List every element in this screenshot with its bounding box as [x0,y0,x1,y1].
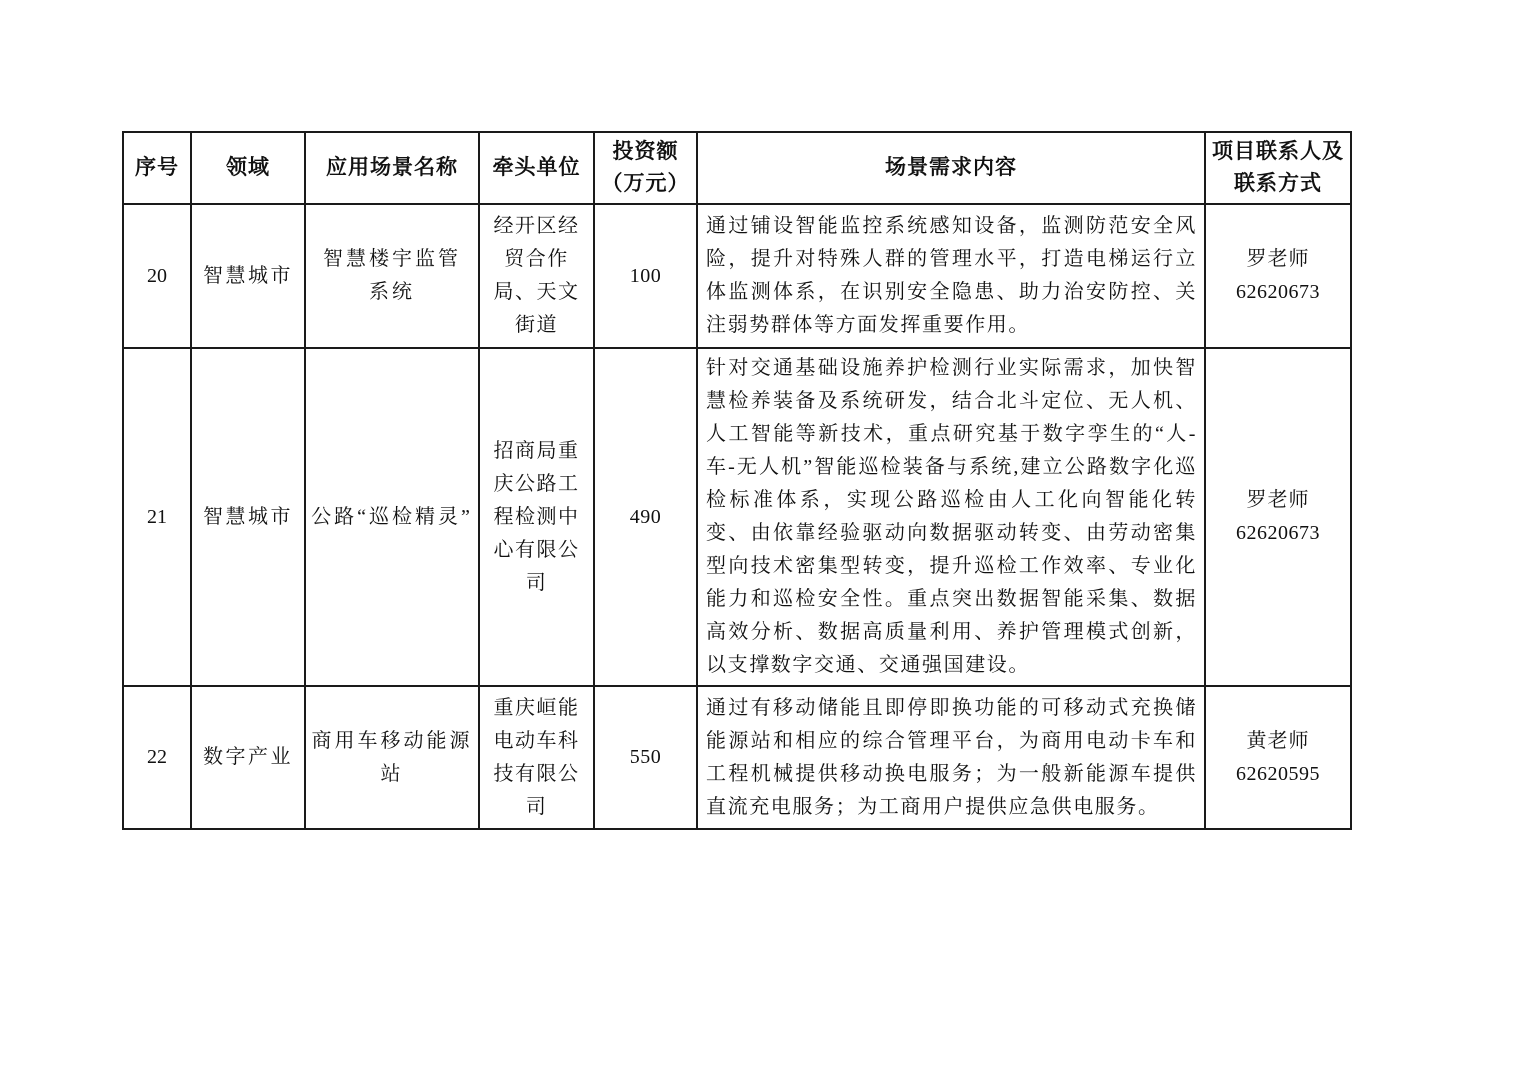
contact-phone: 62620673 [1206,517,1350,550]
cell-lead-unit: 重庆峘能 电动车科 技有限公 司 [479,686,594,829]
cell-contact: 黄老师 62620595 [1205,686,1351,829]
col-header-scenario: 应用场景名称 [305,132,479,204]
contact-person: 罗老师 [1206,484,1350,517]
cell-field: 智慧城市 [191,204,305,348]
cell-investment: 100 [594,204,697,348]
contact-person: 黄老师 [1206,725,1350,758]
table-row: 21 智慧城市 公路“巡检精灵” 招商局重 庆公路工 程检测中 心有限公 司 4… [123,348,1351,686]
cell-contact: 罗老师 62620673 [1205,204,1351,348]
cell-serial: 21 [123,348,191,686]
cell-investment: 490 [594,348,697,686]
cell-lead-unit: 招商局重 庆公路工 程检测中 心有限公 司 [479,348,594,686]
cell-investment: 550 [594,686,697,829]
document-page: { "table": { "headers": { "serial": "序号"… [0,0,1520,1074]
cell-field: 数字产业 [191,686,305,829]
table-row: 22 数字产业 商用车移动能源 站 重庆峘能 电动车科 技有限公 司 550 通… [123,686,1351,829]
col-header-field: 领域 [191,132,305,204]
cell-scenario-name: 公路“巡检精灵” [305,348,479,686]
cell-requirement: 通过有移动储能且即停即换功能的可移动式充换储能源站和相应的综合管理平台，为商用电… [697,686,1205,829]
header-row: 序号 领域 应用场景名称 牵头单位 投资额 （万元） 场景需求内容 项目联系人及… [123,132,1351,204]
project-scenario-table: 序号 领域 应用场景名称 牵头单位 投资额 （万元） 场景需求内容 项目联系人及… [122,131,1352,830]
col-header-requirement: 场景需求内容 [697,132,1205,204]
col-header-investment: 投资额 （万元） [594,132,697,204]
contact-phone: 62620595 [1206,758,1350,791]
col-header-lead-unit: 牵头单位 [479,132,594,204]
cell-serial: 20 [123,204,191,348]
cell-scenario-name: 智慧楼宇监管 系统 [305,204,479,348]
contact-phone: 62620673 [1206,276,1350,309]
contact-person: 罗老师 [1206,243,1350,276]
col-header-contact: 项目联系人及 联系方式 [1205,132,1351,204]
cell-serial: 22 [123,686,191,829]
cell-contact: 罗老师 62620673 [1205,348,1351,686]
cell-lead-unit: 经开区经 贸合作 局、天文 街道 [479,204,594,348]
col-header-serial: 序号 [123,132,191,204]
cell-requirement: 针对交通基础设施养护检测行业实际需求，加快智慧检养装备及系统研发，结合北斗定位、… [697,348,1205,686]
cell-requirement: 通过铺设智能监控系统感知设备，监测防范安全风险，提升对特殊人群的管理水平，打造电… [697,204,1205,348]
cell-field: 智慧城市 [191,348,305,686]
cell-scenario-name: 商用车移动能源 站 [305,686,479,829]
table-row: 20 智慧城市 智慧楼宇监管 系统 经开区经 贸合作 局、天文 街道 100 通… [123,204,1351,348]
